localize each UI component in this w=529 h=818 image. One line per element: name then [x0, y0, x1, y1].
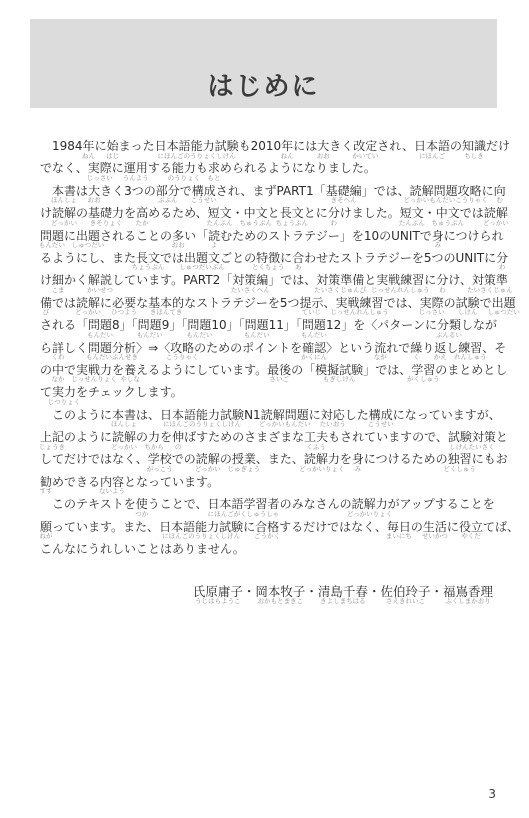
base-text: い「 — [184, 229, 208, 244]
furigana-text: どっかい — [111, 444, 137, 451]
text-segment: きく3つの — [100, 184, 156, 199]
furigana-text: ていじ — [302, 309, 322, 316]
text-segment: は — [76, 184, 88, 199]
furigana-text: どっかいりょく — [299, 466, 344, 473]
furigana-text: おかもとまきこ — [258, 598, 304, 605]
text-segment: も2010 — [239, 139, 282, 154]
furigana-text: どっかい — [75, 309, 101, 316]
text-segment: 12」を〈パターンに — [326, 318, 437, 333]
furigana-text: すす — [39, 488, 52, 495]
ruby-text-segment: 返かえ — [434, 341, 446, 356]
text-segment: に — [424, 273, 436, 288]
ruby-text-segment: 読解どっかい — [112, 430, 136, 445]
ruby-text-segment: 部分ぶぶん — [156, 184, 180, 199]
ruby-text-segment: 工夫くふう — [304, 430, 328, 445]
base-text: の — [450, 139, 462, 154]
furigana-text: む — [496, 197, 503, 204]
text-line: 本書ほんしょは大おおきく3つの部分ぶぶんで構成こうせいされ、まずPART1「基礎… — [40, 184, 500, 206]
text-segment: 10」「 — [211, 318, 244, 333]
text-segment: と — [496, 430, 508, 445]
furigana-text: ねん — [82, 153, 95, 160]
ruby-text-segment: 佐伯玲子さえきれいこ — [380, 584, 430, 599]
ruby-text-segment: 中なか — [52, 363, 64, 378]
text-segment: れで — [386, 341, 410, 356]
ruby-text-segment: 分わ — [328, 206, 340, 221]
ruby-text-segment: 確認かくにん — [302, 341, 326, 356]
base-text: えるようにしています。 — [136, 363, 267, 378]
ruby-text-segment: 基礎力きそりょく — [88, 206, 124, 221]
furigana-text: にほんごのうりょくしけん — [163, 421, 241, 428]
base-text: は — [76, 184, 88, 199]
base-text: ・ — [430, 584, 443, 599]
base-text: めるため、 — [148, 206, 208, 221]
base-text: 」では、 — [362, 184, 410, 199]
base-text: 8」「 — [112, 318, 138, 333]
ruby-text-segment: 身み — [432, 229, 444, 244]
ruby-text-segment: 備び — [40, 296, 52, 311]
base-text: 1984 — [40, 139, 83, 154]
base-text: に — [482, 184, 494, 199]
ruby-text-segment: 問題もんだい — [187, 318, 211, 333]
base-text: かく — [64, 273, 88, 288]
base-text: をチェックします。 — [76, 385, 183, 400]
base-text: きく3つの — [100, 184, 156, 199]
text-segment: ごとの — [220, 251, 256, 266]
ruby-text-segment: 年ねん — [83, 139, 95, 154]
text-segment: しく — [64, 341, 88, 356]
text-segment: っています。また、 — [52, 520, 159, 535]
ruby-text-segment: 分わ — [496, 251, 508, 266]
text-segment: に — [447, 520, 459, 535]
ruby-text-segment: 本書ほんしょ — [112, 408, 136, 423]
ruby-text-segment: 中文ちゅうぶん — [436, 206, 460, 221]
text-segment: され、 — [377, 139, 414, 154]
furigana-text: たいさくじゅんび — [314, 287, 366, 294]
base-text: け — [40, 273, 52, 288]
ruby-text-segment: 基本的きほんてき — [148, 296, 184, 311]
furigana-text: じっせんれんしゅう — [330, 309, 389, 316]
ruby-text-segment: 福嶌香理ふくしまかおり — [443, 584, 493, 599]
ruby-text-segment: 短文たんぶん — [400, 206, 424, 221]
ruby-text-segment: 問題分析もんだいぶんせき — [88, 341, 136, 356]
text-line: 願ねがっています。また、日本語能力試験にほんごのうりょくしけんに合格ごうかくする… — [40, 520, 500, 542]
section-title-banner: はじめに — [30, 19, 497, 108]
ruby-text-segment: 向む — [494, 184, 506, 199]
text-line: け細こまかく解説かいせつしています。PART2「対策編たいさくへん」では、対策準… — [40, 273, 500, 295]
authors-line: 氏原庸子うじはらようこ・岡本牧子おかもとまきこ・清島千春きよしまちはる・佐伯玲子… — [193, 584, 493, 608]
text-segment: えるようにしています。 — [136, 363, 267, 378]
ruby-text-segment: 特徴とくちょう — [256, 251, 280, 266]
furigana-text: どっかいもんだい — [259, 421, 311, 428]
text-segment: めるため、 — [148, 206, 208, 221]
ruby-text-segment: 必要ひつよう — [112, 296, 136, 311]
text-segment: の — [40, 363, 52, 378]
text-segment: 」では、 — [268, 273, 316, 288]
ruby-text-segment: 授業じゅぎょう — [232, 452, 256, 467]
ruby-text-segment: 高たか — [136, 206, 148, 221]
base-text: 」では、 — [363, 363, 411, 378]
furigana-text: こうせい — [191, 197, 217, 204]
furigana-text: にほんごのうりょくしけん — [162, 533, 240, 540]
base-text: では — [52, 296, 76, 311]
furigana-text: こま — [52, 287, 65, 294]
furigana-text: もと — [207, 175, 220, 182]
base-text: わせたストラテジーを5つのUNITに — [304, 251, 496, 266]
text-segment: の — [76, 206, 88, 221]
text-segment: がアップすることを — [388, 497, 495, 512]
base-text: ・ — [305, 584, 318, 599]
base-text: きく — [329, 139, 353, 154]
base-text: ばすためのさまざまな — [184, 430, 304, 445]
ruby-text-segment: 読解力どっかいりょく — [304, 452, 340, 467]
furigana-text: おお — [172, 242, 185, 249]
text-line: 勧すすめできる内容ないようとなっています。 — [40, 475, 500, 497]
base-text: のみなさんの — [280, 497, 352, 512]
text-segment: 、そ — [482, 341, 506, 356]
ruby-text-segment: 能力のうりょく — [172, 161, 196, 176]
text-segment: しなが — [461, 318, 497, 333]
text-segment: となっています。 — [124, 475, 219, 490]
ruby-text-segment: 細こま — [52, 273, 64, 288]
ruby-text-segment: 解説かいせつ — [88, 273, 112, 288]
text-segment: 9」「 — [162, 318, 188, 333]
ruby-text-segment: 日本語にほんご — [414, 139, 450, 154]
text-line: こんなにうれしいことはありません。 — [40, 542, 500, 564]
base-text: のように — [64, 430, 112, 445]
furigana-text: あ — [295, 264, 302, 271]
base-text: のまとめとし — [435, 363, 507, 378]
ruby-text-segment: 繰く — [410, 341, 422, 356]
ruby-text-segment: 詳くわ — [52, 341, 64, 356]
furigana-text: もんだい — [87, 332, 113, 339]
base-text: され、 — [377, 139, 414, 154]
ruby-text-segment: 中文ちゅうぶん — [244, 206, 268, 221]
text-segment: をチェックします。 — [76, 385, 183, 400]
furigana-text: もぎしけん — [323, 376, 356, 383]
furigana-text: ぶぶん — [158, 197, 178, 204]
furigana-text: たんぶん — [207, 220, 233, 227]
furigana-text: はじ — [106, 153, 119, 160]
base-text: に — [424, 273, 436, 288]
furigana-text: かえ — [434, 354, 447, 361]
ruby-text-segment: 出題しゅつだい — [76, 229, 100, 244]
base-text: も2010 — [239, 139, 282, 154]
furigana-text: がっこう — [147, 466, 173, 473]
text-segment: かく — [64, 273, 88, 288]
ruby-text-segment: 実戦練習じっせんれんしゅう — [336, 296, 384, 311]
text-segment: を — [124, 206, 136, 221]
ruby-text-segment: 改定かいてい — [353, 139, 377, 154]
furigana-text: おお — [317, 153, 330, 160]
furigana-text: たんぶん — [399, 220, 425, 227]
ruby-text-segment: 日本語能力試験にほんごのうりょくしけん — [160, 408, 244, 423]
ruby-text-segment: 日本語学習者にほんごがくしゅうしゃ — [208, 497, 280, 512]
base-text: に — [447, 520, 459, 535]
base-text: には — [293, 139, 317, 154]
text-segment: ・ — [368, 584, 381, 599]
base-text: となっています。 — [124, 475, 219, 490]
ruby-text-segment: 練習れんしゅう — [458, 341, 482, 356]
ruby-text-segment: 本書ほんしょ — [52, 184, 76, 199]
furigana-text: く — [413, 354, 420, 361]
furigana-text: くわ — [52, 354, 65, 361]
text-segment: の「 — [291, 363, 315, 378]
base-text: ら — [40, 341, 52, 356]
furigana-text: にほんご — [419, 153, 445, 160]
base-text: してだけではなく、 — [40, 452, 148, 467]
base-text: した — [345, 408, 369, 423]
ruby-text-segment: 養やしな — [124, 363, 136, 378]
ruby-text-segment: 読解どっかい — [52, 206, 76, 221]
text-segment: うことで、 — [148, 497, 208, 512]
base-text: されることの — [100, 229, 172, 244]
furigana-text: み — [435, 242, 442, 249]
ruby-text-segment: 身み — [352, 452, 364, 467]
ruby-text-segment: 役立やくだ — [459, 520, 483, 535]
text-segment: は、 — [136, 408, 160, 423]
text-segment: 1984 — [40, 139, 83, 154]
text-segment: い「 — [184, 229, 208, 244]
text-segment: だけ — [486, 139, 510, 154]
base-text: され、まずPART1「 — [216, 184, 326, 199]
furigana-text: さえきれいこ — [386, 598, 425, 605]
base-text: の — [76, 206, 88, 221]
furigana-text: どっかいもんだいこうりゃく — [403, 197, 487, 204]
ruby-text-segment: 清島千春きよしまちはる — [318, 584, 368, 599]
base-text: ・ — [243, 584, 256, 599]
base-text: められるようになりました。 — [220, 161, 376, 176]
text-segment: てば、 — [483, 520, 519, 535]
ruby-text-segment: 問題もんだい — [245, 318, 269, 333]
base-text: での — [172, 452, 196, 467]
ruby-text-segment: 攻略こうりゃく — [170, 341, 194, 356]
base-text: に — [280, 251, 292, 266]
base-text: のためのポイントを — [194, 341, 302, 356]
ruby-text-segment: 対応たいおう — [321, 408, 345, 423]
text-segment: しています。PART2「 — [112, 273, 232, 288]
text-line: 1984年ねんに始はじまった日本語能力試験にほんごのうりょくしけんも2010年ね… — [40, 139, 500, 161]
base-text: 10」「 — [211, 318, 244, 333]
ruby-text-segment: 読解力どっかいりょく — [352, 497, 388, 512]
text-segment: も — [196, 161, 208, 176]
text-segment: こんなにうれしいことはありません。 — [40, 542, 245, 557]
text-segment: してだけではなく、 — [40, 452, 148, 467]
ruby-text-segment: 学校がっこう — [148, 452, 172, 467]
base-text: ごとの — [220, 251, 256, 266]
furigana-text: もんだい — [186, 332, 212, 339]
furigana-text: み — [355, 466, 362, 473]
text-line: て実力じつりょくをチェックします。 — [40, 385, 500, 407]
furigana-text: じっさい — [419, 309, 445, 316]
furigana-text: うじはらようこ — [195, 598, 241, 605]
base-text: しく — [64, 341, 88, 356]
ruby-text-segment: 大おお — [88, 184, 100, 199]
text-segment: のみなさんの — [280, 497, 352, 512]
text-segment: のまとめとし — [435, 363, 507, 378]
furigana-text: ねが — [40, 533, 53, 540]
furigana-text: わ — [330, 220, 337, 227]
ruby-text-segment: 読解問題どっかいもんだい — [261, 408, 309, 423]
furigana-text: たいさくへん — [231, 287, 270, 294]
furigana-text: しゅつだい — [487, 309, 520, 316]
furigana-text: よ — [211, 242, 218, 249]
ruby-text-segment: 対策準備たいさくじゅんび — [316, 273, 364, 288]
ruby-text-segment: 長文ちょうぶん — [280, 206, 304, 221]
furigana-text: かいせつ — [87, 287, 113, 294]
text-segment: した — [345, 408, 369, 423]
base-text: れで — [386, 341, 410, 356]
furigana-text: かいてい — [352, 153, 378, 160]
furigana-text: じっせんりょく — [71, 376, 117, 383]
furigana-text: じっさい — [87, 175, 113, 182]
ruby-text-segment: 岡本牧子おかもとまきこ — [255, 584, 305, 599]
base-text: このテキストを — [40, 497, 136, 512]
ruby-text-segment: 上記じょうき — [40, 430, 64, 445]
text-segment: ・ — [305, 584, 318, 599]
furigana-text: もんだい — [39, 242, 65, 249]
base-text: るようにし、また — [40, 251, 136, 266]
ruby-text-segment: 最後さいご — [267, 363, 291, 378]
ruby-text-segment: 分類ぶんるい — [437, 318, 461, 333]
text-segment: のためのポイントを — [194, 341, 302, 356]
text-segment: なストラテジーを5つ — [184, 296, 299, 311]
base-text: を — [340, 452, 352, 467]
furigana-text: さいご — [269, 376, 289, 383]
furigana-text: もんだい — [244, 332, 270, 339]
base-text: に — [95, 139, 107, 154]
text-segment: では、 — [384, 296, 420, 311]
base-text: は、 — [136, 408, 160, 423]
text-line: してだけではなく、学校がっこうでの読解どっかいの授業じゅぎょう、また、読解力どっ… — [40, 452, 500, 474]
furigana-text: しけん — [458, 309, 478, 316]
text-segment: ・ — [243, 584, 256, 599]
furigana-text: なが — [374, 354, 387, 361]
furigana-text: たいおう — [320, 421, 346, 428]
text-segment: きく — [329, 139, 353, 154]
base-text: むためのストラテジー」を10のUNITで — [220, 229, 432, 244]
ruby-text-segment: 内容ないよう — [100, 475, 124, 490]
ruby-text-segment: 試験対策しけんたいさく — [448, 430, 496, 445]
ruby-text-segment: 氏原庸子うじはらようこ — [193, 584, 243, 599]
furigana-text: くふう — [306, 444, 326, 451]
text-segment: でなく、 — [40, 161, 88, 176]
base-text: けました。 — [340, 206, 400, 221]
ruby-text-segment: 問題もんだい — [138, 318, 162, 333]
text-segment: 、また、 — [256, 452, 304, 467]
ruby-text-segment: 試験しけん — [456, 296, 480, 311]
ruby-text-segment: 構成こうせい — [369, 408, 393, 423]
ruby-text-segment: 実戦練習じっせんれんしゅう — [376, 273, 424, 288]
text-line: け読解どっかいの基礎力きそりょくを高たかめるため、短文たんぶん・中文ちゅうぶんと… — [40, 206, 500, 228]
base-text: うことで、 — [148, 497, 208, 512]
base-text: しなが — [461, 318, 497, 333]
ruby-text-segment: 分わ — [436, 273, 448, 288]
text-segment: け — [40, 273, 52, 288]
base-text: を — [124, 206, 136, 221]
ruby-text-segment: 対策準たいさくじゅん — [472, 273, 508, 288]
text-segment: の — [450, 139, 462, 154]
ruby-text-segment: 実際じっさい — [88, 161, 112, 176]
base-text: を — [160, 430, 172, 445]
furigana-text: ないよう — [99, 488, 125, 495]
text-segment: するだけではなく、 — [279, 520, 387, 535]
ruby-text-segment: 提示ていじ — [300, 296, 324, 311]
furigana-text: もんだい — [301, 332, 327, 339]
text-segment: まった — [119, 139, 155, 154]
text-line: このテキストを使つかうことで、日本語学習者にほんごがくしゅうしゃのみなさんの読解… — [40, 497, 500, 519]
ruby-text-segment: 出題文しゅつだいぶん — [184, 251, 220, 266]
furigana-text: の — [175, 444, 182, 451]
text-segment: り — [422, 341, 434, 356]
ruby-text-segment: 問題もんだい — [302, 318, 326, 333]
base-text: では、 — [384, 296, 420, 311]
base-text: り — [422, 341, 434, 356]
base-text: になっていますが、 — [393, 408, 501, 423]
text-segment: 8」「 — [112, 318, 138, 333]
ruby-text-segment: 読解どっかい — [76, 296, 100, 311]
base-text: も — [196, 161, 208, 176]
text-segment: にもお — [472, 452, 508, 467]
furigana-text: ごうかく — [254, 533, 280, 540]
text-line: 問題もんだいに出題しゅつだいされることの多おおい「読よむためのストラテジー」を1… — [40, 229, 500, 251]
text-segment: に — [95, 139, 107, 154]
base-text: 〉という — [326, 341, 374, 356]
base-text: まった — [119, 139, 155, 154]
book-page: はじめに 1984年ねんに始はじまった日本語能力試験にほんごのうりょくしけんも2… — [0, 0, 529, 818]
furigana-text: かくにん — [301, 354, 327, 361]
furigana-text: せいかつ — [422, 533, 448, 540]
text-segment: されることの — [100, 229, 172, 244]
furigana-text: たいさくじゅん — [467, 287, 513, 294]
ruby-text-segment: 伸の — [172, 430, 184, 445]
text-segment: ばすためのさまざまな — [184, 430, 304, 445]
text-line: ら詳くわしく問題分析もんだいぶんせき〉⇒〈攻略こうりゃくのためのポイントを確認か… — [40, 341, 500, 363]
ruby-text-segment: 大おお — [317, 139, 329, 154]
text-segment: では — [460, 206, 484, 221]
text-segment: になっていますが、 — [393, 408, 501, 423]
text-line: るようにし、また長文ちょうぶんでは出題文しゅつだいぶんごとの特徴とくちょうに合あ… — [40, 251, 500, 273]
furigana-text: にほんごのうりょくしけん — [158, 153, 236, 160]
ruby-text-segment: 学習がくしゅう — [411, 363, 435, 378]
text-segment: を — [340, 452, 352, 467]
ruby-text-segment: 出題しゅつだい — [492, 296, 516, 311]
ruby-text-segment: 合あ — [292, 251, 304, 266]
ruby-text-segment: 年ねん — [281, 139, 293, 154]
base-text: 、そ — [482, 341, 506, 356]
body-text: 1984年ねんに始はじまった日本語能力試験にほんごのうりょくしけんも2010年ね… — [40, 139, 500, 564]
ruby-text-segment: 実際じっさい — [420, 296, 444, 311]
ruby-text-segment: 長文ちょうぶん — [136, 251, 160, 266]
base-text: でなく、 — [40, 161, 88, 176]
base-text: ・ — [368, 584, 381, 599]
base-text: なストラテジーを5つ — [184, 296, 299, 311]
text-segment: につけるための — [364, 452, 448, 467]
text-segment: に — [280, 251, 292, 266]
text-segment: 11」「 — [269, 318, 302, 333]
furigana-text: どっかい — [483, 220, 509, 227]
furigana-text: じっせんれんしゅう — [371, 287, 430, 294]
furigana-text: ちしき — [464, 153, 484, 160]
text-line: の中なかで実戦力じっせんりょくを養やしなえるようにしています。最後さいごの「模擬… — [40, 363, 500, 385]
text-line: される「問題もんだい8」「問題もんだい9」「問題もんだい10」「問題もんだい11… — [40, 318, 500, 340]
base-text: このように — [40, 408, 112, 423]
ruby-text-segment: 対策編たいさくへん — [232, 273, 268, 288]
furigana-text: にほんごがくしゅうしゃ — [208, 511, 280, 518]
page-title: はじめに — [207, 74, 319, 100]
text-segment: には — [293, 139, 317, 154]
base-text: だけ — [486, 139, 510, 154]
text-segment: につけられ — [444, 229, 504, 244]
